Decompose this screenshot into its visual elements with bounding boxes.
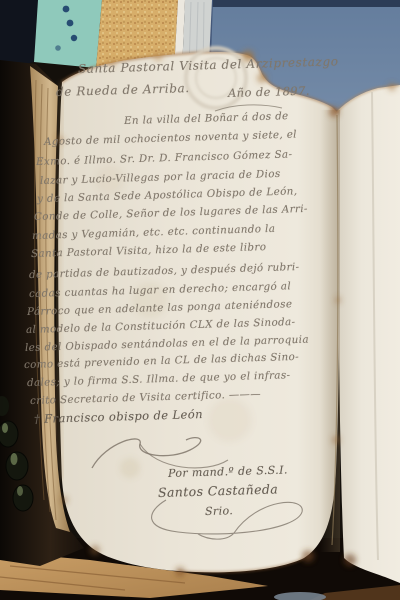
secretary-rubric-flourish	[138, 478, 313, 547]
body-line: de partidas de bautizados, y después dej…	[29, 262, 300, 280]
body-line: madas y Vegamián, etc. etc. continuando …	[32, 224, 276, 242]
body-line: Exmo. é Illmo. Sr. Dr. D. Francisco Góme…	[36, 149, 293, 167]
manuscript-text: Santa Pastoral Visita del Arziprestazgo …	[0, 0, 400, 600]
body-line: y de la Santa Sede Apostólica Obispo de …	[37, 186, 298, 204]
photo-open-manuscript-book: Santa Pastoral Visita del Arziprestazgo …	[0, 0, 400, 600]
body-line: lazar y Lucio-Villegas por la gracia de …	[40, 169, 281, 186]
heading-line-2: de Rueda de Arriba.	[56, 82, 190, 98]
heading-line-1: Santa Pastoral Visita del Arziprestazgo	[78, 55, 339, 75]
body-line: al modelo de la Constitución CLX de las …	[26, 317, 296, 335]
body-line: como está prevenido en la CL de las dich…	[24, 352, 299, 370]
by-order-line: Por mand.º de S.S.I.	[168, 464, 288, 479]
body-line: Conde de Colle, Señor de los lugares de …	[34, 204, 308, 222]
body-line: cadas cuantas ha lugar en derecho; encar…	[29, 281, 291, 299]
body-line: dales; y lo firma S.S. Illma. de que yo …	[27, 370, 291, 388]
body-line: Agosto de mil ochocientos noventa y siet…	[44, 129, 297, 147]
body-line: crito Secretario de Visita certifico. ——…	[30, 389, 261, 406]
body-line: En la villa del Boñar á dos de	[124, 111, 289, 126]
heading-year: Año de 1897.	[228, 86, 310, 100]
body-line: Santa Pastoral Visita, hizo la de este l…	[31, 242, 267, 259]
body-line: Párroco que en adelante las ponga atenié…	[27, 299, 293, 317]
body-line: les del Obispado sentándolas en el de la…	[25, 335, 309, 354]
bishop-signature: † Francisco obispo de León	[34, 409, 203, 426]
